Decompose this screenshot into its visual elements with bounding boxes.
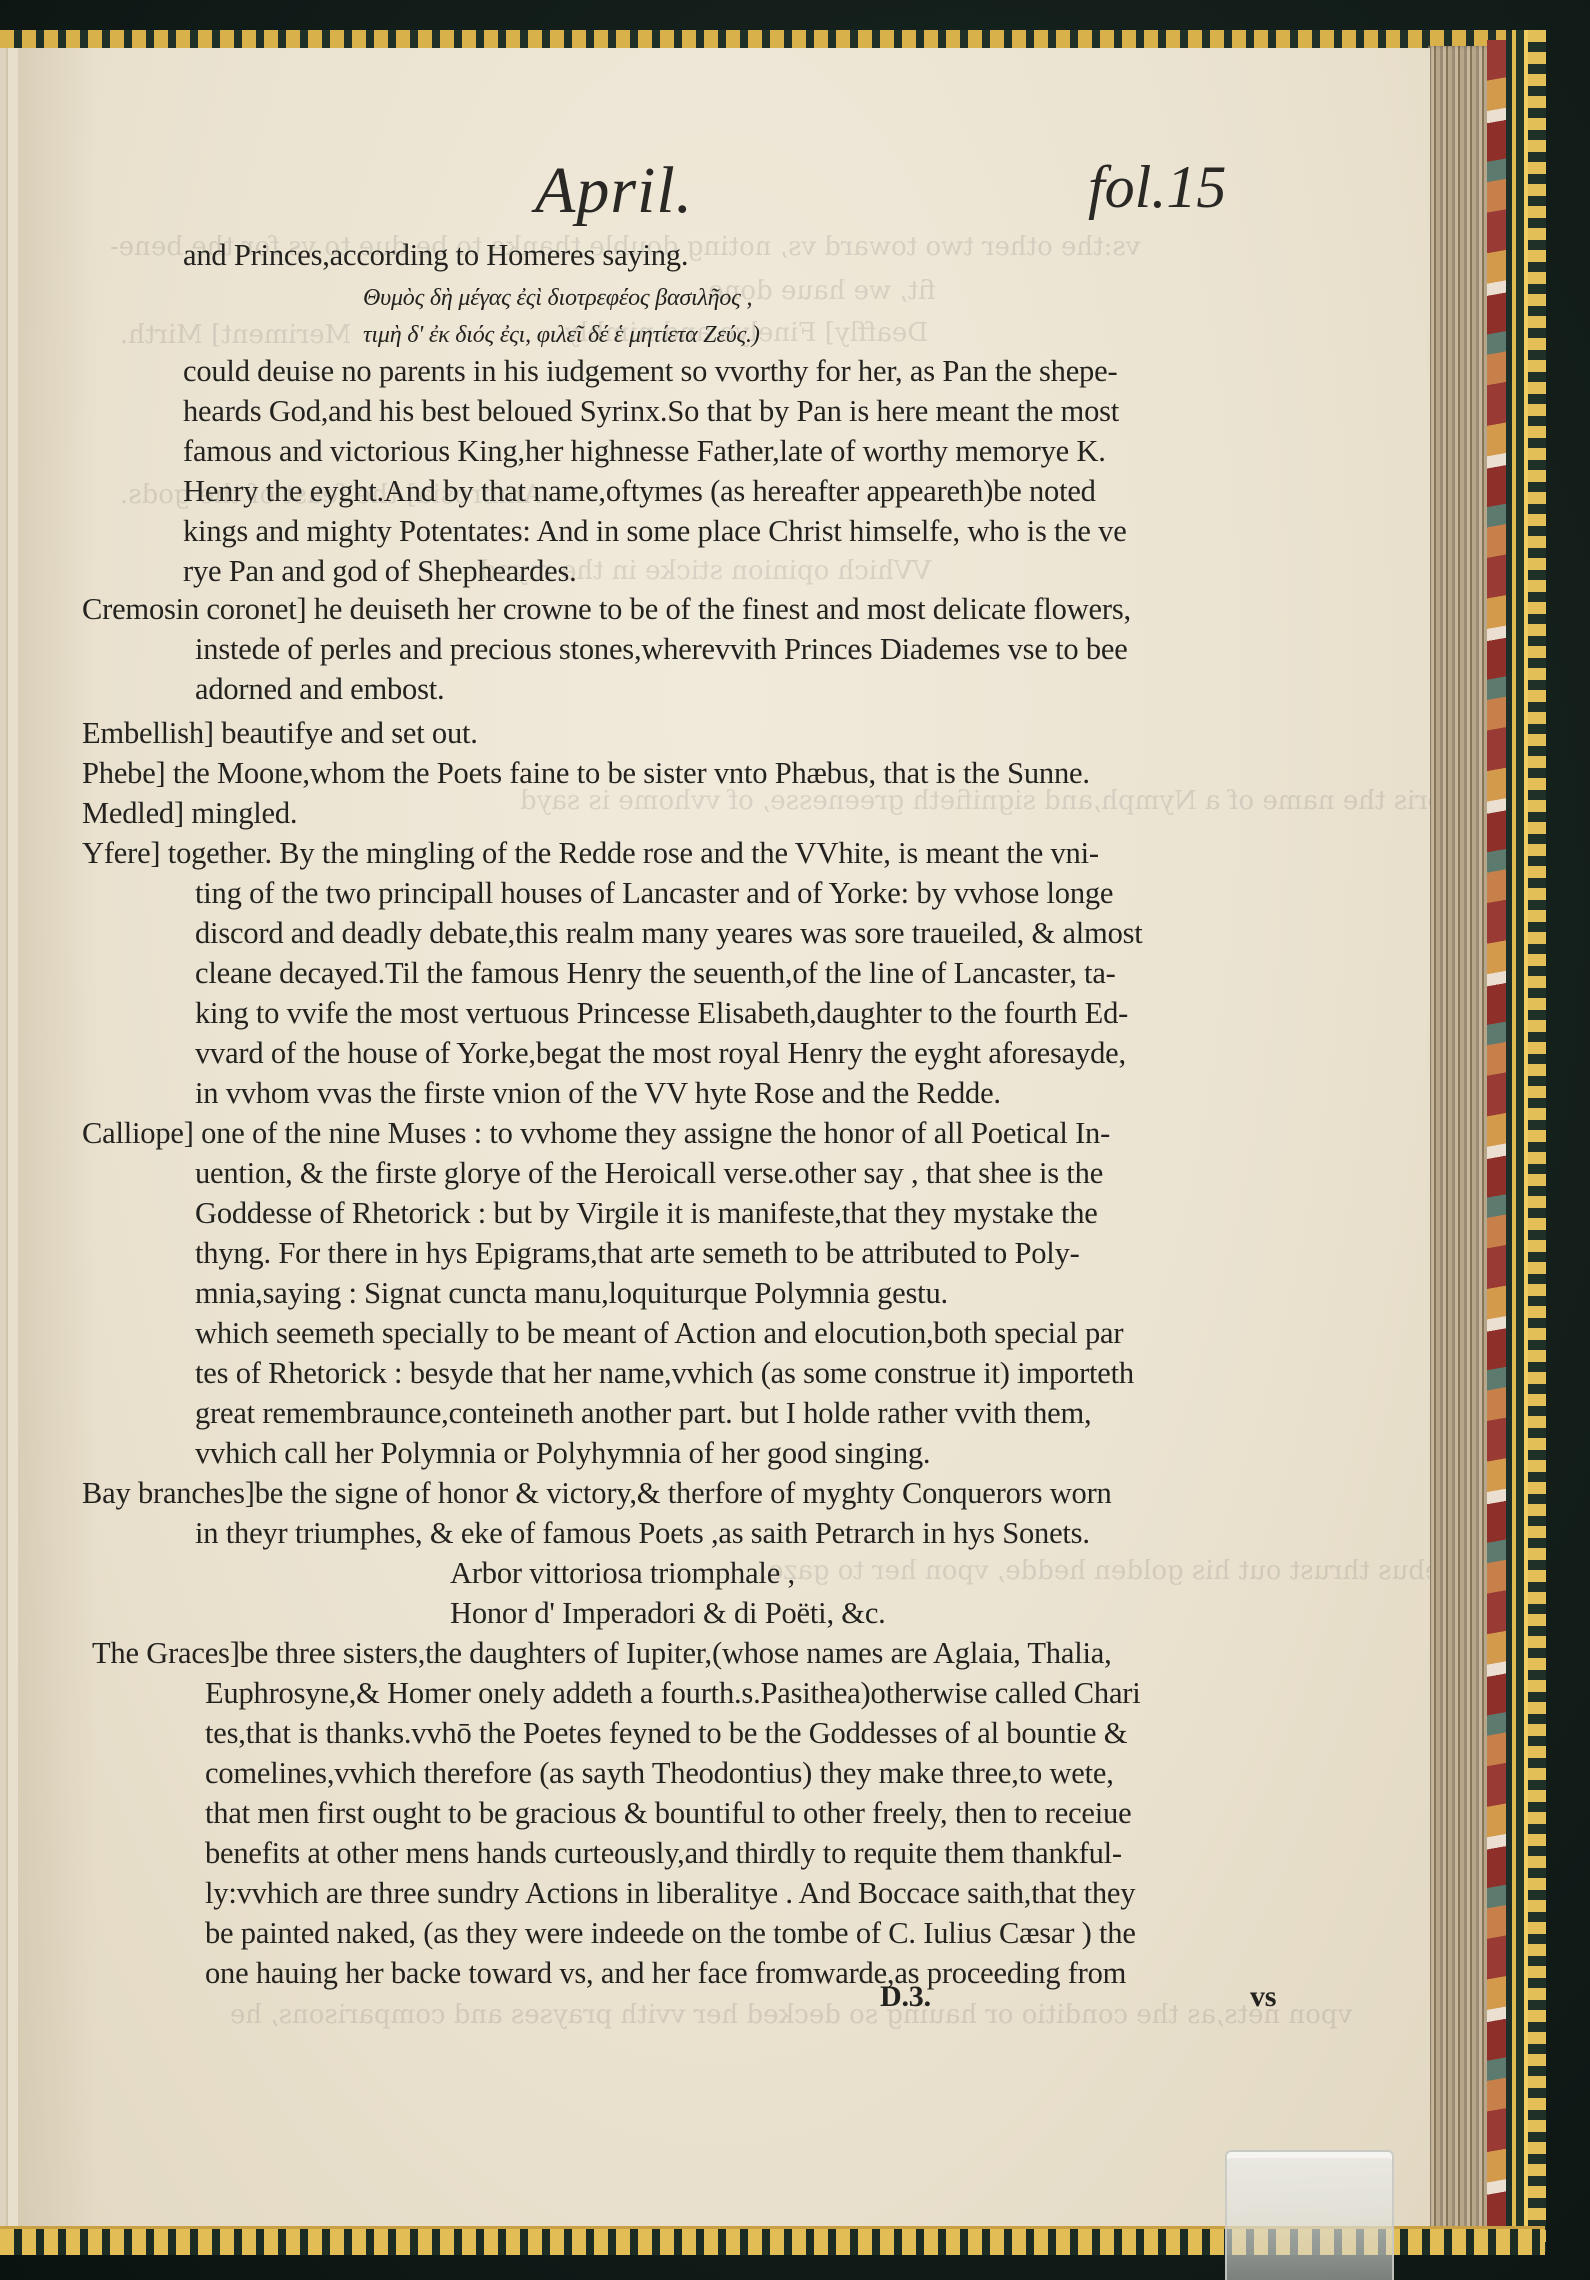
- text-line: Henry the eyght.And by that name,oftymes…: [183, 474, 1096, 509]
- text-line: uention, & the firste glorye of the Hero…: [195, 1156, 1103, 1191]
- bleed-through-line: I saw Phœbus thrust out his golden hedde…: [760, 1556, 1430, 1586]
- text-line: instede of perles and precious stones,wh…: [195, 632, 1128, 667]
- text-line: Arbor vittoriosa triomphale ,: [450, 1556, 795, 1591]
- text-line: vvhich call her Polymnia or Polyhymnia o…: [195, 1436, 930, 1471]
- text-line: adorned and embost.: [195, 672, 444, 707]
- text-line: benefits at other mens hands curteously,…: [205, 1836, 1122, 1871]
- text-line: ting of the two principall houses of Lan…: [195, 876, 1113, 911]
- text-line: in vvhom vvas the firste vnion of the VV…: [195, 1076, 1001, 1111]
- text-line: Θυμὸς δὴ μέγας ἐςὶ διοτρεφέος βασιλῆος ,: [363, 285, 752, 312]
- book-page: vs:the other two toward vs, noting doubl…: [0, 48, 1430, 2228]
- text-line: Euphrosyne,& Homer onely addeth a fourth…: [205, 1676, 1141, 1711]
- text-line: Honor d' Imperadori & di Poëti, &c.: [450, 1596, 886, 1631]
- text-line: Phebe] the Moone,whom the Poets faine to…: [82, 756, 1090, 791]
- text-line: king to vvife the most vertuous Princess…: [195, 996, 1128, 1031]
- text-line: mnia,saying : Signat cuncta manu,loquitu…: [195, 1276, 948, 1311]
- text-line: Calliope] one of the nine Muses : to vvh…: [82, 1116, 1110, 1151]
- marbled-endpaper: [1487, 40, 1507, 2230]
- text-line: Embellish] beautifye and set out.: [82, 716, 478, 751]
- text-line: thyng. For there in hys Epigrams,that ar…: [195, 1236, 1080, 1271]
- text-line: Medled] mingled.: [82, 796, 297, 831]
- text-line: Bay branches]be the signe of honor & vic…: [82, 1476, 1112, 1511]
- text-line: τιμὴ δ' ἐκ διός ἐςι, φιλεῖ δέ ἑ μητίετα …: [363, 322, 760, 349]
- running-title: April.: [535, 153, 693, 229]
- text-line: which seemeth specially to be meant of A…: [195, 1316, 1123, 1351]
- text-line: that men first ought to be gracious & bo…: [205, 1796, 1131, 1831]
- gilt-border-right: [1506, 30, 1546, 2252]
- text-line: one hauing her backe toward vs, and her …: [205, 1956, 1126, 1991]
- text-line: Cremosin coronet] he deuiseth her crowne…: [82, 592, 1131, 627]
- text-line: and Princes,according to Homeres saying.: [183, 238, 688, 273]
- text-line: Yfere] together. By the mingling of the …: [82, 836, 1099, 871]
- text-line: could deuise no parents in his iudgement…: [183, 354, 1117, 389]
- text-line: tes,that is thanks.vvhō the Poetes feyne…: [205, 1716, 1127, 1751]
- bleed-through-line: vpon nets,as the conditio or hauing so d…: [230, 2000, 1352, 2030]
- bleed-through-line: Meriment] Mirth.: [120, 320, 351, 350]
- text-line: heards God,and his best beloued Syrinx.S…: [183, 394, 1119, 429]
- acrylic-page-clip: [1225, 2150, 1394, 2280]
- text-line: tes of Rhetorick : besyde that her name,…: [195, 1356, 1134, 1391]
- text-line: vvard of the house of Yorke,begat the mo…: [195, 1036, 1126, 1071]
- text-line: Goddesse of Rhetorick : but by Virgile i…: [195, 1196, 1098, 1231]
- folio-number: fol.15: [1088, 153, 1226, 222]
- text-line: ly:vvhich are three sundry Actions in li…: [205, 1876, 1135, 1911]
- text-line: kings and mighty Potentates: And in some…: [183, 514, 1127, 549]
- text-line: The Graces]be three sisters,the daughter…: [92, 1636, 1112, 1671]
- text-line: famous and victorious King,her highnesse…: [183, 434, 1106, 469]
- text-line: discord and deadly debate,this realm man…: [195, 916, 1143, 951]
- signature-mark: D.3.: [880, 1980, 931, 2014]
- text-line: be painted naked, (as they were indeede …: [205, 1916, 1136, 1951]
- page-fore-edge: [1428, 46, 1488, 2231]
- text-line: rye Pan and god of Shepheardes.: [183, 554, 577, 589]
- text-line: comelines,vvhich therefore (as sayth The…: [205, 1756, 1114, 1791]
- text-line: in theyr triumphes, & eke of famous Poet…: [195, 1516, 1090, 1551]
- text-line: great remembraunce,conteineth another pa…: [195, 1396, 1091, 1431]
- text-line: cleane decayed.Til the famous Henry the …: [195, 956, 1116, 991]
- catchword: vs: [1250, 1980, 1276, 2014]
- previous-page-edge: [0, 48, 18, 2228]
